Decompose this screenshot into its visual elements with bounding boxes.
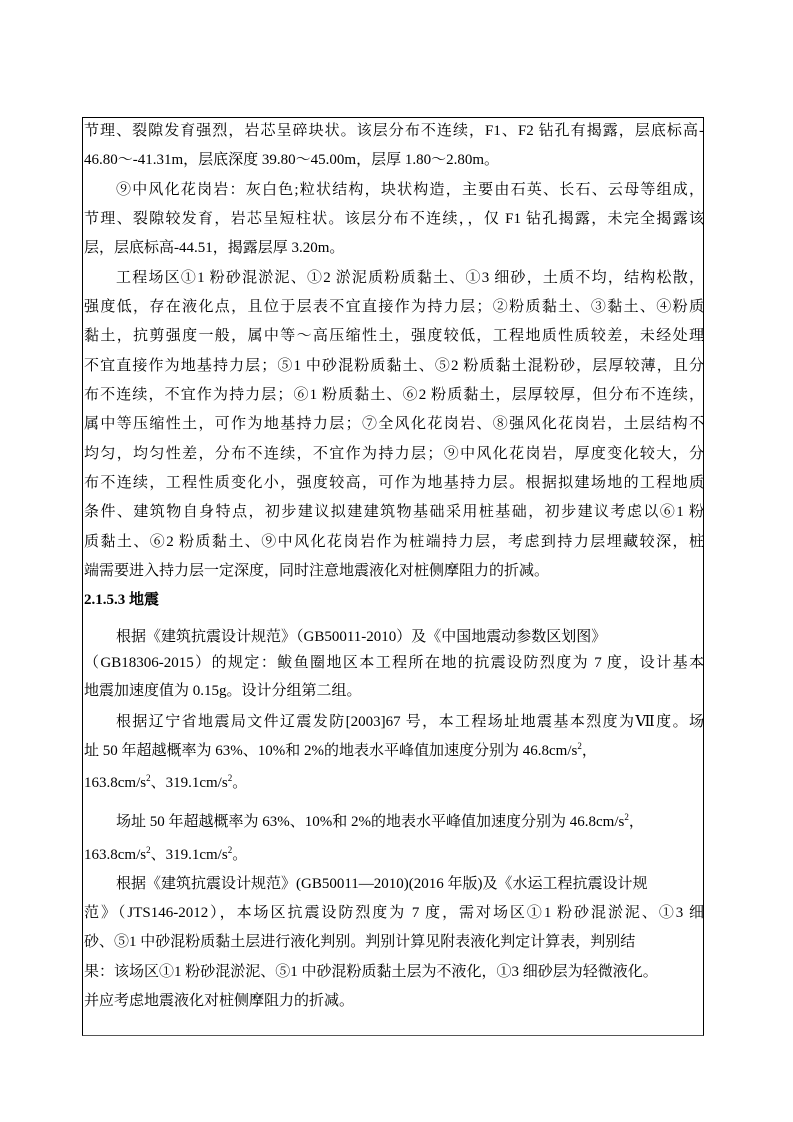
text-span: 、319.1cm/s [151,775,228,791]
text-span: 。 [232,847,247,863]
text-line: 范》（JTS146-2012），本场区抗震设防烈度为 7 度，需对场区①1 粉砂… [84,903,704,923]
text-line: （GB18306-2015）的规定：鲅鱼圈地区本工程所在地的抗震设防烈度为 7 … [84,653,704,673]
text-line: 根据《建筑抗震设计规范》(GB50011—2010)(2016 年版)及《水运工… [116,874,648,894]
text-span: ， [629,814,644,830]
text-line: 场址 50 年超越概率为 63%、10%和 2%的地表水平峰值加速度分别为 46… [116,812,644,832]
text-line: ⑨中风化花岗岩：灰白色;粒状结构，块状构造，主要由石英、长石、云母等组成， [116,180,704,200]
text-line: 果：该场区①1 粉砂混淤泥、⑤1 中砂混粉质黏土层为不液化，①3 细砂层为轻微液… [84,962,658,982]
text-line: 并应考虑地震液化对桩侧摩阻力的折减。 [84,991,354,1011]
text-line: 均匀，均匀性差，分布不连续，不宜作为持力层；⑨中风化花岗岩，厚度变化较大，分 [84,444,704,464]
text-line: 条件、建筑物自身特点，初步建议拟建建筑物基础采用桩基础，初步建议考虑以⑥1 粉 [84,502,704,522]
text-line: 163.8cm/s2、319.1cm/s2。 [84,845,247,865]
section-heading: 2.1.5.3 地震 [84,590,159,610]
text-line: 端需要进入持力层一定深度，同时注意地震液化对桩侧摩阻力的折减。 [84,561,549,581]
text-line: 地震加速度值为 0.15g。设计分组第二组。 [84,681,362,701]
text-line: 节理、裂隙较发育，岩芯呈短柱状。该层分布不连续，，仅 F1 钻孔揭露，未完全揭露… [84,209,704,229]
text-line: 质黏土、⑥2 粉质黏土、⑨中风化花岗岩作为桩端持力层，考虑到持力层埋藏较深，桩 [84,532,704,552]
text-span: 163.8cm/s [84,847,146,863]
text-span: 、319.1cm/s [151,847,228,863]
text-line: 布不连续，工程性质变化小，强度较高，可作为地基持力层。根据拟建场地的工程地质 [84,473,704,493]
text-span: 场址 50 年超越概率为 63%、10%和 2%的地表水平峰值加速度分别为 46… [116,814,624,830]
text-span: 。 [232,775,247,791]
text-line: 工程场区①1 粉砂混淤泥、①2 淤泥质粉质黏土、①3 细砂，土质不均，结构松散， [116,268,704,288]
text-line: 根据《建筑抗震设计规范》（GB50011-2010）及《中国地震动参数区划图》 [116,627,606,647]
text-line: 根据辽宁省地震局文件辽震发防[2003]67 号，本工程场址地震基本烈度为Ⅶ度。… [116,712,704,732]
text-line: 46.80～-41.31m，层底深度 39.80～45.00m，层厚 1.80～… [84,150,499,170]
text-span: 163.8cm/s [84,775,146,791]
text-span: ， [582,743,597,759]
text-line: 强度低，存在液化点，且位于层表不宜直接作为持力层；②粉质黏土、③黏土、④粉质 [84,297,704,317]
text-line: 属中等压缩性土，可作为地基持力层；⑦全风化花岗岩、⑧强风化花岗岩，土层结构不 [84,414,704,434]
text-line: 黏土，抗剪强度一般，属中等～高压缩性土，强度较低，工程地质性质较差，未经处理 [84,326,704,346]
text-line: 址 50 年超越概率为 63%、10%和 2%的地表水平峰值加速度分别为 46.… [84,741,597,761]
text-line: 砂、⑤1 中砂混粉质黏土层进行液化判别。判别计算见附表液化判定计算表，判别结 [84,932,635,952]
text-line: 不宜直接作为地基持力层；⑤1 中砂混粉质黏土、⑤2 粉质黏土混粉砂，层厚较薄，且… [84,356,704,376]
text-line: 163.8cm/s2、319.1cm/s2。 [84,773,247,793]
text-span: 址 50 年超越概率为 63%、10%和 2%的地表水平峰值加速度分别为 46.… [84,743,577,759]
text-line: 层，层底标高-44.51，揭露层厚 3.20m。 [84,238,344,258]
text-line: 节理、裂隙发育强烈，岩芯呈碎块状。该层分布不连续，F1、F2 钻孔有揭露，层底标… [84,121,704,141]
text-line: 布不连续，不宜作为持力层；⑥1 粉质黏土、⑥2 粉质黏土，层厚较厚，但分布不连续… [84,385,704,405]
